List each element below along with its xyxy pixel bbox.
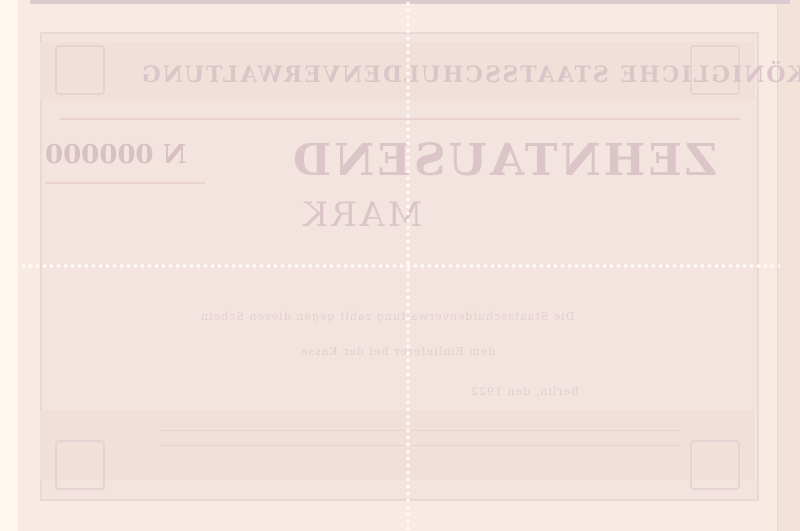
- fine-print-3-label: Berlin, den 1922: [470, 385, 579, 398]
- paper-sheet: KÖNIGLICHE STAATSSCHULDENVERWALTUNG N 00…: [0, 0, 800, 531]
- horizontal-perforation: [20, 263, 780, 269]
- divider: [60, 118, 740, 120]
- serial-number: N 000000: [45, 140, 186, 170]
- vertical-perforation: [405, 0, 411, 531]
- rule-line: [160, 430, 680, 431]
- fine-print-2-label: dem Einlieferer bei der Kasse: [300, 345, 495, 358]
- serial-underline: [45, 182, 205, 184]
- emblem-top-left: [55, 45, 105, 95]
- fine-print-1-label: Die Staatsschuldenverwaltung zahlt gegen…: [200, 310, 574, 323]
- emblem-bottom-left: [55, 440, 105, 490]
- header-text: KÖNIGLICHE STAATSSCHULDENVERWALTUNG: [140, 62, 800, 88]
- header-text-label: KÖNIGLICHE STAATSSCHULDENVERWALTUNG: [140, 62, 800, 88]
- value-text-label: ZEHNTAUSEND: [290, 135, 717, 186]
- serial-number-label: N 000000: [45, 140, 186, 170]
- emblem-bottom-right: [690, 440, 740, 490]
- fine-print-1: Die Staatsschuldenverwaltung zahlt gegen…: [200, 310, 574, 323]
- value-text: ZEHNTAUSEND: [290, 135, 717, 186]
- sheet-left-margin: [0, 0, 18, 531]
- rule-line: [160, 445, 680, 446]
- fine-print-3: Berlin, den 1922: [470, 385, 579, 398]
- fine-print-2: dem Einlieferer bei der Kasse: [300, 345, 495, 358]
